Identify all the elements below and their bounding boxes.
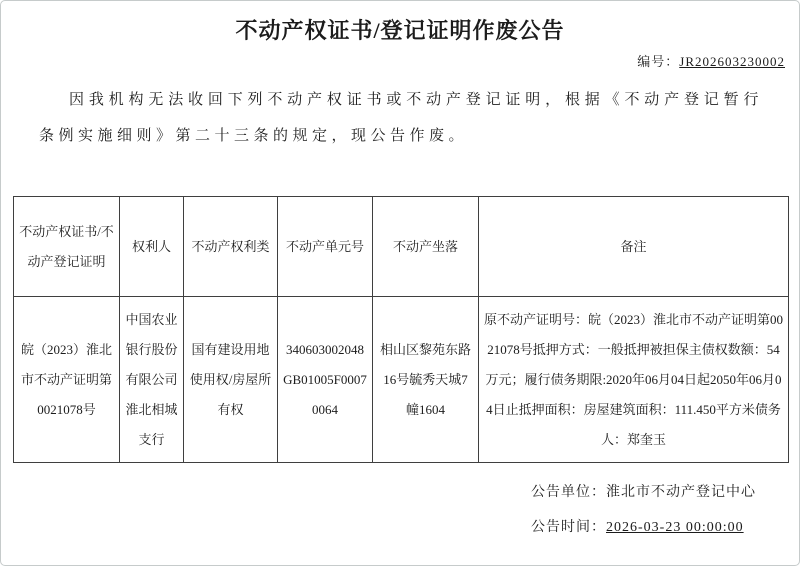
document-number-value: JR202603230002 [679,54,785,69]
announcement-time-value: 2026-03-23 00:00:00 [606,520,744,535]
cell-remarks: 原不动产证明号：皖（2023）淮北市不动产证明第0021078号抵押方式：一般抵… [479,297,789,463]
header-unit-no: 不动产单元号 [278,197,373,297]
header-certificate-no: 不动产权证书/不动产登记证明 [14,197,120,297]
announcement-unit-line: 公告单位：淮北市不动产登记中心 [531,475,799,510]
cell-right-type: 国有建设用地使用权/房屋所有权 [184,297,278,463]
announcement-time-label: 公告时间： [531,520,606,535]
header-right-holder: 权利人 [120,197,184,297]
page-title: 不动产权证书/登记证明作废公告 [1,14,799,45]
announcement-body-text: 因我机构无法收回下列不动产权证书或不动产登记证明，根据《不动产登记暂行条例实施细… [39,82,763,154]
announcement-page: 不动产权证书/登记证明作废公告 编号：JR202603230002 因我机构无法… [0,0,800,566]
invalidated-certificates-table: 不动产权证书/不动产登记证明 权利人 不动产权利类 不动产单元号 不动产坐落 备… [13,196,789,463]
announcement-time-line: 公告时间：2026-03-23 00:00:00 [531,510,799,545]
document-number-line: 编号：JR202603230002 [1,51,785,70]
announcement-footer: 公告单位：淮北市不动产登记中心 公告时间：2026-03-23 00:00:00 [531,475,799,545]
table-header-row: 不动产权证书/不动产登记证明 权利人 不动产权利类 不动产单元号 不动产坐落 备… [14,197,789,297]
announcement-unit-label: 公告单位： [531,485,606,500]
announcement-unit-value: 淮北市不动产登记中心 [606,485,756,500]
table-row: 皖（2023）淮北市不动产证明第0021078号 中国农业银行股份有限公司淮北相… [14,297,789,463]
header-location: 不动产坐落 [373,197,479,297]
cell-location: 相山区黎苑东路16号毓秀天城7幢1604 [373,297,479,463]
cell-unit-no: 340603002048GB01005F00070064 [278,297,373,463]
cell-certificate-no: 皖（2023）淮北市不动产证明第0021078号 [14,297,120,463]
document-number-label: 编号： [637,54,679,69]
header-right-type: 不动产权利类 [184,197,278,297]
cell-right-holder: 中国农业银行股份有限公司淮北相城支行 [120,297,184,463]
header-remarks: 备注 [479,197,789,297]
